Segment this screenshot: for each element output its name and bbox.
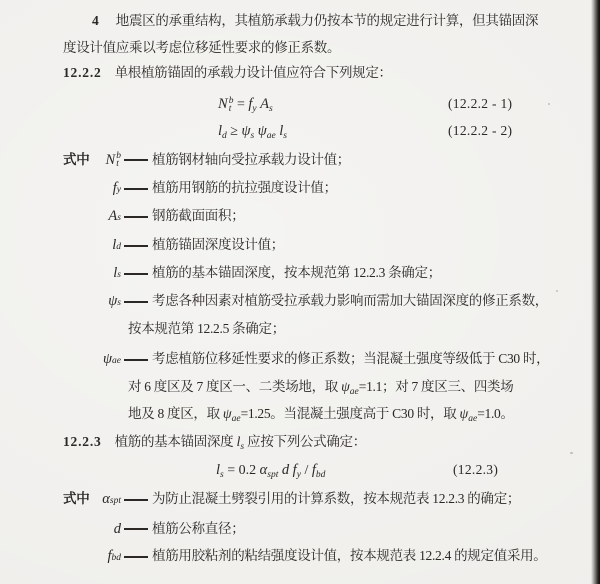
definition-alpha-spt: 式中 αspt 为防止混凝土劈裂引用的计算系数，按本规范表 12.2.3 的确定…	[88, 490, 600, 510]
definition-text: 植筋公称直径；	[152, 520, 244, 538]
definition-dash	[124, 556, 148, 557]
scan-speck	[548, 103, 550, 105]
text-segment: d	[114, 520, 121, 538]
text-segment: =1.0。	[477, 406, 514, 421]
definition-dash	[124, 159, 148, 160]
definition-text: 考虑植筋位移延性要求的修正系数；当混凝土强度等级低于 C30 时，	[152, 350, 549, 368]
text-segment: =1.25。当混凝土强度高于 C30 时，取	[241, 406, 460, 421]
text-segment: ae	[468, 414, 477, 424]
text-segment: /	[301, 463, 312, 478]
text-segment: A	[260, 96, 269, 112]
text-segment: bd	[112, 549, 122, 567]
equation-1223-number: (12.2.3)	[453, 461, 498, 479]
supsub-stack: bt	[116, 152, 121, 168]
text-segment: s	[269, 104, 273, 114]
definition-term: fbd	[88, 547, 121, 567]
text-segment: 对 6 度区及 7 度区一、二类场地，取	[128, 379, 341, 394]
definition-dash	[124, 216, 148, 217]
text-segment: spt	[267, 470, 278, 480]
text-segment: s	[117, 266, 121, 284]
text-segment: ψ	[241, 123, 250, 139]
para-4-line-2: 度设计值应乘以考虑位移延性要求的修正系数。	[63, 39, 600, 57]
definition-dash	[124, 499, 148, 500]
item-number: 4	[92, 13, 99, 28]
equation-1223-formula: ls = 0.2 αspt d fy / fbd	[216, 461, 325, 484]
clause-1222-title: 单根植筋锚固的承载力设计值应符合下列规定：	[115, 65, 392, 80]
text-segment: N	[218, 96, 228, 112]
definition-psi-s: ψs 考虑各种因素对植筋受拉承载力影响而需加大锚固深度的修正系数，	[88, 292, 600, 312]
text-segment: =	[233, 97, 248, 112]
equation-1222-2-formula: ld ≥ ψs ψae ls	[218, 122, 287, 145]
text-segment: ae	[350, 387, 359, 397]
text-segment: N	[106, 151, 116, 169]
text-segment: bd	[316, 470, 326, 480]
definition-dash	[124, 528, 148, 529]
equation-1222-1-formula: Nbt = fy As	[218, 95, 273, 118]
text-segment: ψ	[103, 350, 112, 368]
equation-1222-1-number: (12.2.2 - 1)	[448, 95, 512, 113]
text-segment: y	[117, 181, 121, 199]
text-segment: d	[116, 238, 121, 256]
definition-text: 地及 8 度区，取 ψae=1.25。当混凝土强度高于 C30 时，取 ψae=…	[128, 406, 514, 421]
definition-psi-s-continuation: 按本规范第 12.2.5 条确定；	[128, 320, 600, 338]
definition-text: 植筋钢材轴向受拉承载力设计值；	[152, 151, 350, 169]
definition-text: 植筋的基本锚固深度，按本规范第 12.2.3 条确定；	[152, 264, 441, 282]
definition-term: fy	[88, 179, 121, 199]
definition-dash	[124, 359, 148, 360]
text-segment: A	[108, 207, 117, 225]
text-segment: y	[252, 104, 256, 114]
text-segment: spt	[110, 492, 121, 510]
definition-psi-ae: ψae 考虑植筋位移延性要求的修正系数；当混凝土强度等级低于 C30 时，	[88, 350, 600, 370]
definition-term: Nbt	[88, 151, 121, 169]
definition-As: As 钢筋截面面积；	[88, 207, 600, 227]
clause-1223-number: 12.2.3	[63, 434, 102, 449]
definition-Ntb: 式中 Nbt 植筋钢材轴向受拉承载力设计值；	[88, 151, 600, 169]
para-4-text-1: 地震区的承重结构，其植筋承载力仍按本节的规定进行计算，但其锚固深	[116, 13, 538, 28]
text-segment: ≥	[227, 124, 242, 139]
definition-term: ψae	[88, 350, 121, 370]
text-segment: ae	[267, 131, 276, 141]
clause-1223-title: 植筋的基本锚固深度 ls 应按下列公式确定：	[115, 434, 366, 449]
definition-psi-ae-continuation-1: 对 6 度区及 7 度区一、二类场地，取 ψae=1.1；对 7 度区三、四类场	[128, 378, 600, 401]
definition-term: ls	[88, 264, 121, 284]
definition-fbd: fbd 植筋用胶粘剂的粘结强度设计值，按本规范表 12.2.4 的规定值采用。	[88, 547, 600, 567]
definition-d: d 植筋公称直径；	[88, 520, 600, 538]
text-segment: ψ	[341, 379, 350, 395]
definition-dash	[124, 301, 148, 302]
definition-term: As	[88, 207, 121, 227]
definition-term: ψs	[88, 292, 121, 312]
definition-term: d	[88, 520, 121, 538]
where-label: 式中	[63, 151, 89, 169]
text-segment: ae	[112, 352, 121, 370]
clause-1222-number: 12.2.2	[63, 65, 102, 80]
definition-text: 植筋用胶粘剂的粘结强度设计值，按本规范表 12.2.4 的规定值采用。	[152, 547, 547, 565]
text-segment: ae	[232, 414, 241, 424]
text-segment: s	[117, 209, 121, 227]
where-label: 式中	[63, 490, 89, 508]
definition-text: 为防止混凝土劈裂引用的计算系数，按本规范表 12.2.3 的确定；	[152, 490, 520, 508]
scan-edge-shadow	[591, 0, 600, 584]
text-segment: = 0.2	[224, 463, 260, 478]
text-segment: 应按下列公式确定：	[244, 434, 366, 449]
clause-1222-heading: 12.2.2单根植筋锚固的承载力设计值应符合下列规定：	[63, 64, 600, 82]
text-segment: s	[117, 294, 121, 312]
text-segment: s	[283, 131, 287, 141]
definition-fy: fy 植筋用钢筋的抗拉强度设计值；	[88, 179, 600, 199]
clause-1223-heading: 12.2.3植筋的基本锚固深度 ls 应按下列公式确定：	[63, 433, 600, 456]
definition-text: 植筋用钢筋的抗拉强度设计值；	[152, 179, 337, 197]
definition-text: 对 6 度区及 7 度区一、二类场地，取 ψae=1.1；对 7 度区三、四类场	[128, 379, 513, 394]
text-segment: 地及 8 度区，取	[128, 406, 223, 421]
text-segment: =1.1；对 7 度区三、四类场	[359, 379, 514, 394]
text-segment: ψ	[258, 123, 267, 139]
definition-text: 植筋锚固深度设计值；	[152, 236, 284, 254]
equation-1222-2-number: (12.2.2 - 2)	[448, 122, 512, 140]
definition-psi-ae-continuation-2: 地及 8 度区，取 ψae=1.25。当混凝土强度高于 C30 时，取 ψae=…	[128, 405, 600, 428]
definition-text: 按本规范第 12.2.5 条确定；	[128, 321, 285, 336]
para-4-line-1: 4地震区的承重结构，其植筋承载力仍按本节的规定进行计算，但其锚固深	[92, 12, 600, 30]
scan-speck	[570, 452, 573, 454]
text-segment: 植筋的基本锚固深度	[115, 434, 237, 449]
definition-dash	[124, 245, 148, 246]
definition-term: ld	[88, 236, 121, 256]
text-segment: α	[102, 490, 110, 508]
definition-ld: ld 植筋锚固深度设计值；	[88, 236, 600, 256]
definition-ls: ls 植筋的基本锚固深度，按本规范第 12.2.3 条确定；	[88, 264, 600, 284]
text-segment: ψ	[108, 292, 117, 310]
scan-speck	[556, 290, 558, 292]
scanned-code-page: 4地震区的承重结构，其植筋承载力仍按本节的规定进行计算，但其锚固深 度设计值应乘…	[0, 0, 600, 584]
definition-text: 考虑各种因素对植筋受拉承载力影响而需加大锚固深度的修正系数，	[152, 292, 548, 310]
text-segment: ψ	[460, 406, 469, 422]
definition-dash	[124, 273, 148, 274]
definition-text: 钢筋截面面积；	[152, 207, 244, 225]
definition-dash	[124, 188, 148, 189]
definition-term: αspt	[88, 490, 121, 510]
text-segment: ψ	[223, 406, 232, 422]
para-4-text-2: 度设计值应乘以考虑位移延性要求的修正系数。	[63, 40, 340, 55]
